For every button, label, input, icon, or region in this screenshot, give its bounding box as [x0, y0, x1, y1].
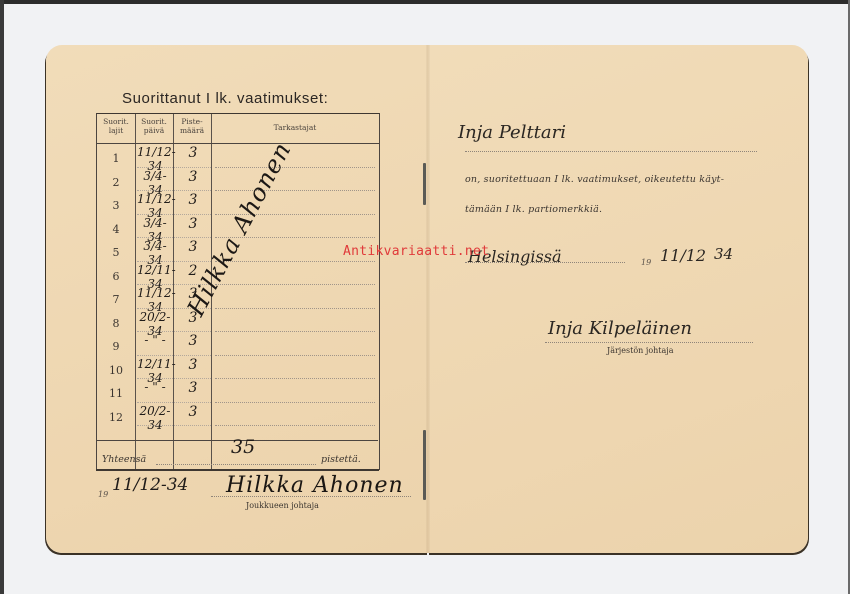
requirement-number: 5	[97, 246, 135, 259]
table-row: 711/12-343	[97, 285, 379, 309]
leader-signature: Hilkka Ahonen	[226, 473, 404, 498]
header-line: Piste-	[173, 117, 211, 126]
points: 3	[175, 333, 211, 349]
total-suffix: pistettä.	[321, 454, 361, 465]
statement-line-2: tämään I lk. partiomerkkiä.	[465, 204, 602, 215]
table-bottom-border	[96, 469, 379, 471]
completion-date: - " -	[137, 380, 173, 394]
statement-line-1: on, suoritettuaan I lk. vaatimukset, oik…	[465, 174, 724, 185]
requirements-table: Suorit. lajit Suorit. päivä Piste- määrä…	[96, 113, 380, 470]
organization-signature: Inja Kilpeläinen	[548, 318, 692, 339]
issue-year: 34	[714, 245, 733, 263]
staple-bottom	[423, 430, 426, 500]
requirement-number: 2	[97, 176, 135, 189]
inspector-line	[215, 425, 375, 426]
points: 3	[175, 216, 211, 232]
requirement-number: 4	[97, 223, 135, 236]
requirement-number: 6	[97, 270, 135, 283]
page-fold	[426, 45, 430, 553]
requirement-number: 9	[97, 340, 135, 353]
staple-top	[423, 163, 426, 205]
requirement-number: 11	[97, 387, 135, 400]
points: 3	[175, 145, 211, 161]
completion-date: 20/2-34	[137, 404, 173, 432]
requirement-number: 7	[97, 293, 135, 306]
scan-frame-left	[0, 0, 4, 594]
table-row: 11- " -3	[97, 379, 379, 403]
table-row: 111/12-343	[97, 144, 379, 168]
header-tarkastajat: Tarkastajat	[211, 123, 379, 132]
row-dotted-line	[137, 425, 211, 426]
points: 3	[175, 239, 211, 255]
table-row: 820/2-343	[97, 309, 379, 333]
booklet: Suorittanut I lk. vaatimukset: Suorit. l…	[46, 45, 808, 553]
year-prefix: 19	[98, 490, 108, 499]
requirement-number: 10	[97, 364, 135, 377]
issue-date: 11/12	[660, 246, 706, 265]
header-line: Tarkastajat	[211, 123, 379, 132]
table-row: 1220/2-343	[97, 403, 379, 427]
total-value: 35	[231, 436, 255, 458]
requirement-number: 12	[97, 411, 135, 424]
header-line: Suorit.	[135, 117, 173, 126]
header-maara: Piste- määrä	[173, 117, 211, 135]
requirement-number: 8	[97, 317, 135, 330]
table-row: 9- " -3	[97, 332, 379, 356]
organization-label: Järjestön johtaja	[607, 346, 674, 355]
points: 3	[175, 192, 211, 208]
left-page: Suorittanut I lk. vaatimukset: Suorit. l…	[46, 45, 428, 553]
year-prefix-right: 19	[641, 258, 651, 267]
total-dotted-line	[156, 464, 316, 465]
leader-date: 11/12-34	[112, 475, 188, 495]
table-row: 23/4-343	[97, 168, 379, 192]
points: 3	[175, 357, 211, 373]
organization-signature-line	[545, 342, 753, 343]
header-line: Suorit.	[97, 117, 135, 126]
table-row: 612/11-342	[97, 262, 379, 286]
header-line: päivä	[135, 126, 173, 135]
header-line: määrä	[173, 126, 211, 135]
leader-label: Joukkueen johtaja	[246, 501, 319, 510]
header-paiva: Suorit. päivä	[135, 117, 173, 135]
requirement-number: 3	[97, 199, 135, 212]
header-lajit: Suorit. lajit	[97, 117, 135, 135]
points: 3	[175, 169, 211, 185]
points: 3	[175, 404, 211, 420]
watermark: Antikvariaatti.net	[343, 244, 489, 259]
total-label: Yhteensä	[102, 454, 146, 465]
table-row: 1012/11-343	[97, 356, 379, 380]
requirements-title: Suorittanut I lk. vaatimukset:	[122, 90, 328, 107]
points: 3	[175, 380, 211, 396]
recipient-name: Inja Pelttari	[458, 122, 566, 143]
completion-date: - " -	[137, 333, 173, 347]
scan-frame-top	[0, 0, 850, 4]
recipient-line	[465, 151, 757, 152]
requirement-number: 1	[97, 152, 135, 165]
header-line: lajit	[97, 126, 135, 135]
